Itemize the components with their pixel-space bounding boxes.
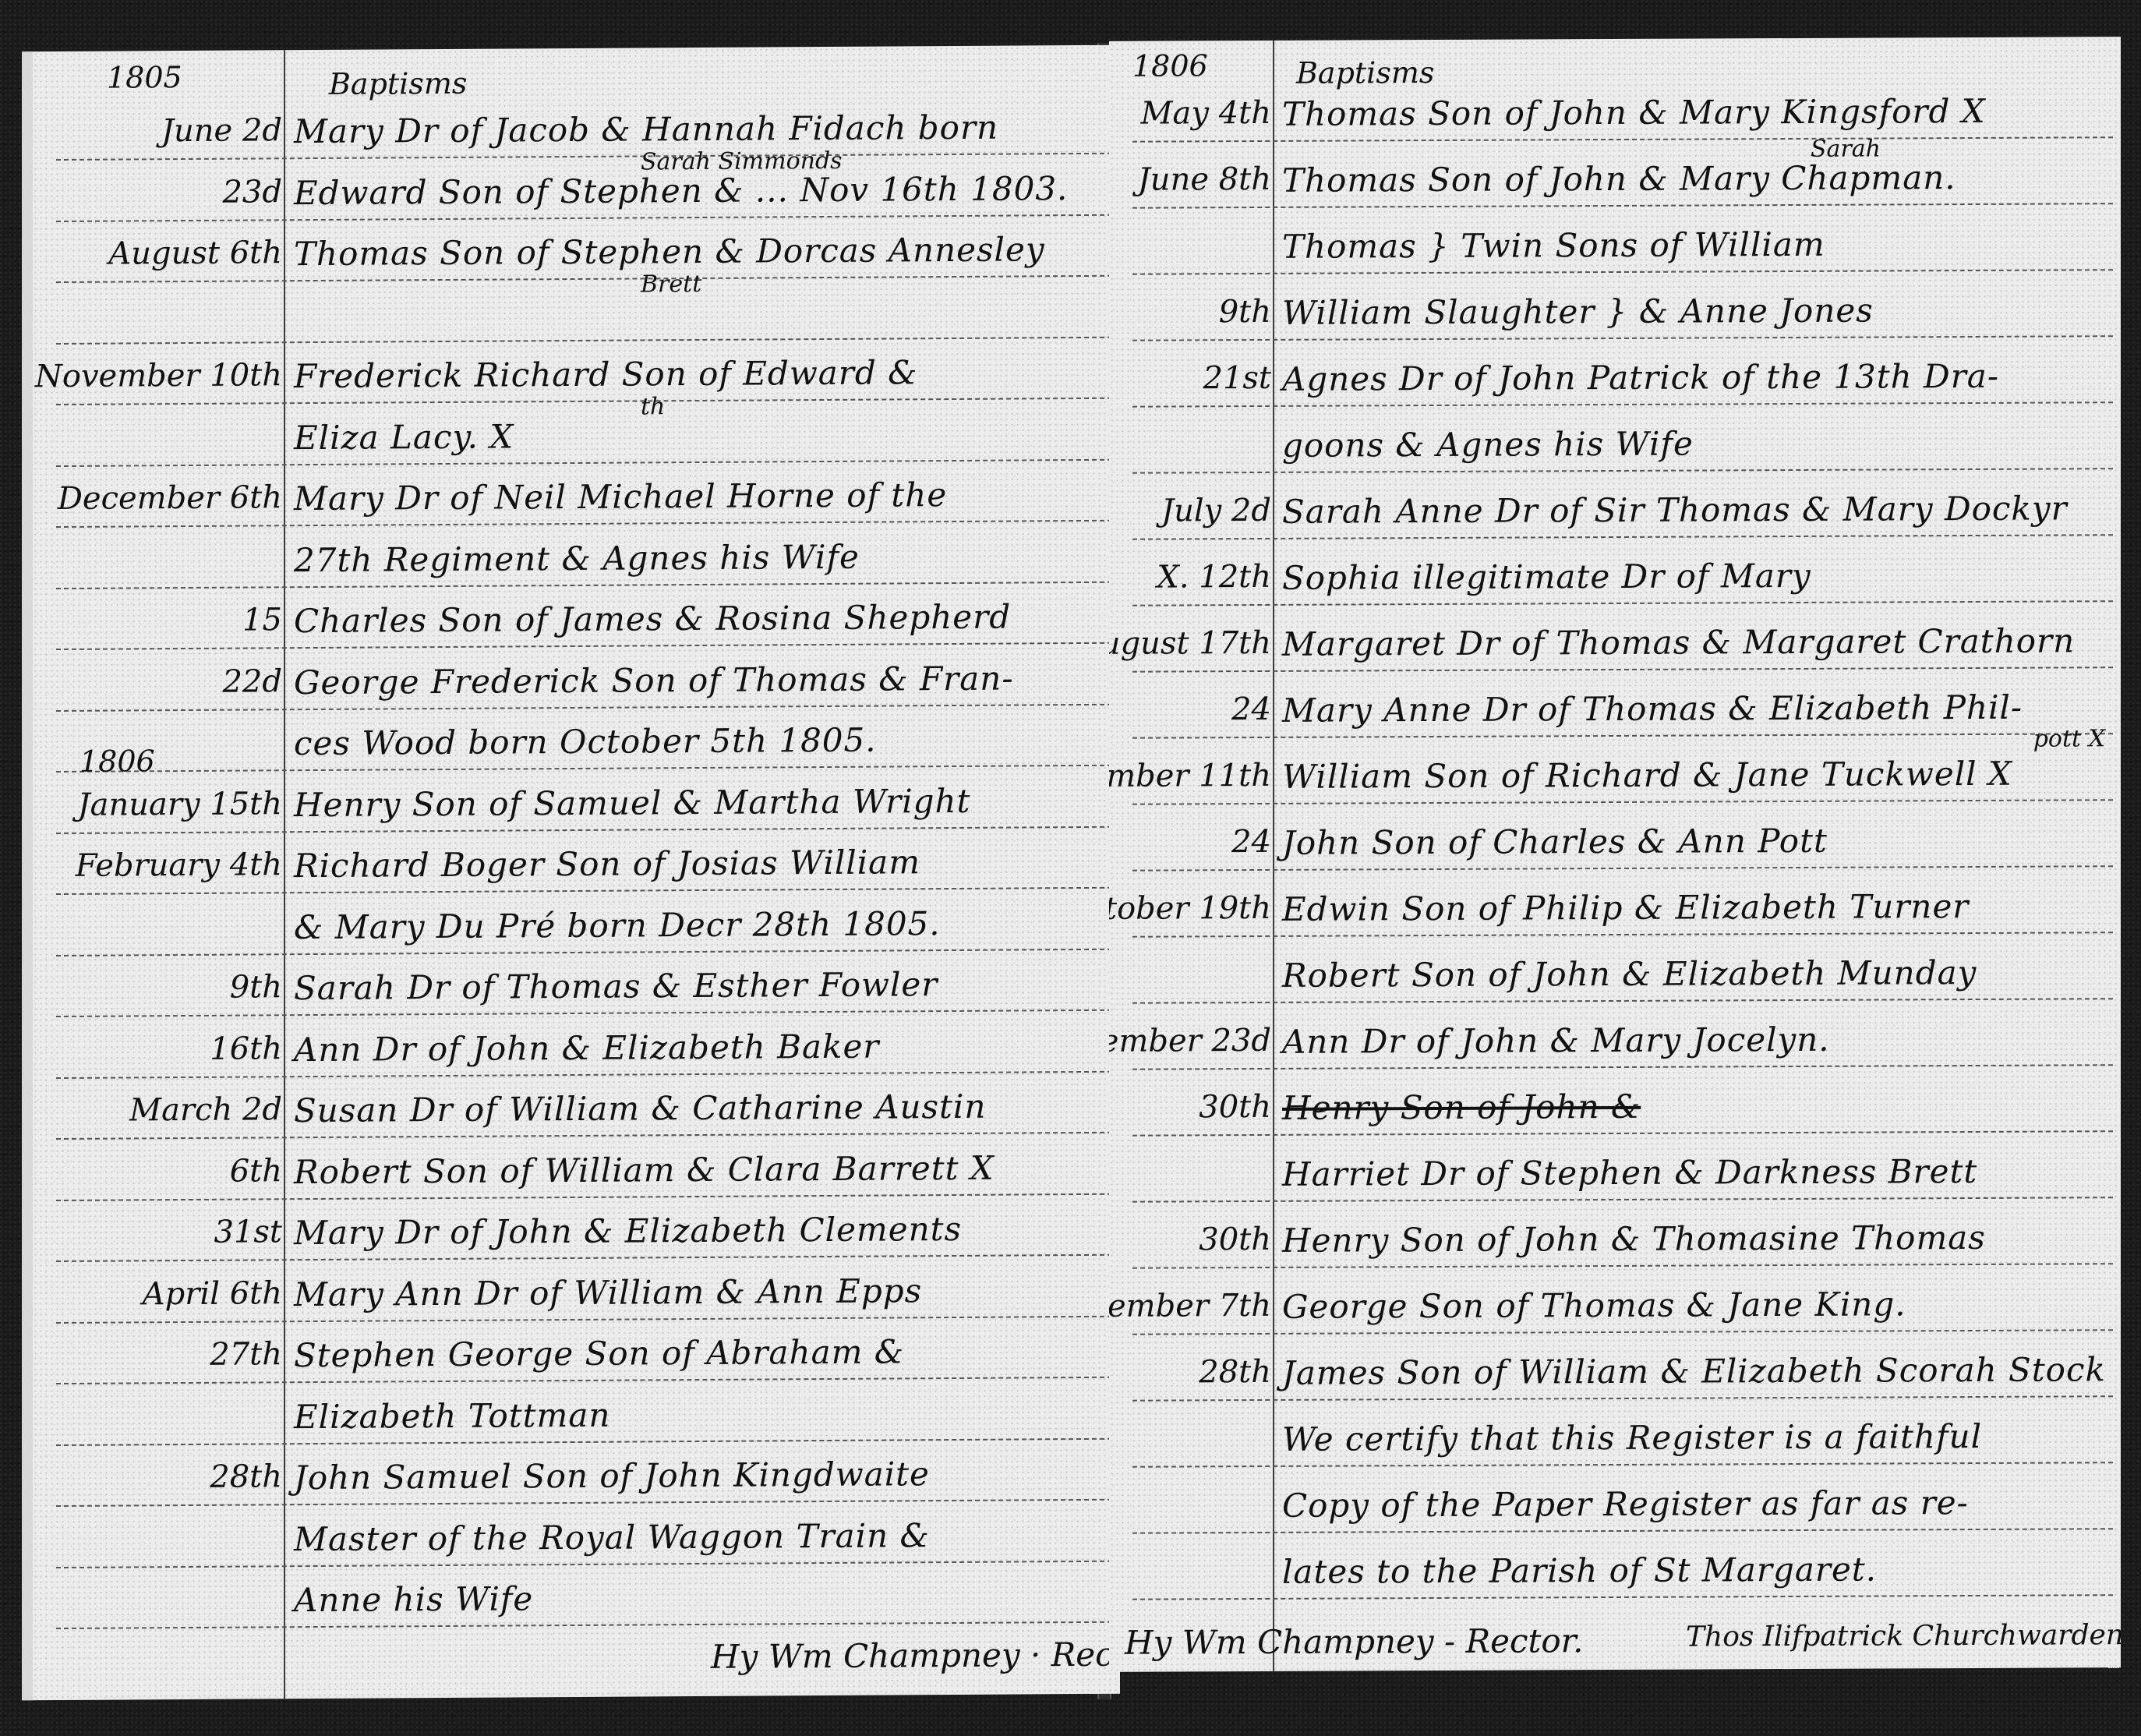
register-entry: 1806January 15thHenry Son of Samuel & Ma… bbox=[33, 780, 1120, 826]
register-entry: 15Charles Son of James & Rosina Shepherd bbox=[33, 597, 1120, 643]
ruled-line bbox=[56, 1009, 1112, 1017]
right-page: 1806 Baptisms May 4thThomas Son of John … bbox=[1109, 37, 2121, 1672]
ruled-line bbox=[56, 458, 1112, 466]
register-entry: 24Mary Anne Dr of Thomas & Elizabeth Phi… bbox=[1109, 688, 2121, 731]
register-entry: March 2dSusan Dr of William & Catharine … bbox=[33, 1087, 1120, 1133]
register-entry: June 8thSarahThomas Son of John & Mary C… bbox=[1109, 157, 2121, 201]
entry-text: Sarah Dr of Thomas & Esther Fowler bbox=[294, 965, 938, 1007]
ruled-line bbox=[56, 214, 1112, 221]
ruled-line bbox=[1132, 1064, 2113, 1070]
entry-date: 24 bbox=[1231, 824, 1271, 860]
entry-text: Henry Son of Samuel & Martha Wright bbox=[294, 781, 970, 823]
entry-text: Thomas } Twin Sons of William bbox=[1282, 225, 1825, 266]
register-entry: 23dSarah SimmondsEdward Son of Stephen &… bbox=[33, 168, 1120, 214]
page-year: 1805 bbox=[107, 60, 182, 95]
register-entry: December 7thGeorge Son of Thomas & Jane … bbox=[1109, 1284, 2121, 1328]
interlinear-note: Brett bbox=[641, 270, 701, 297]
entry-date: 16th bbox=[210, 1031, 282, 1067]
ruled-line bbox=[56, 1437, 1112, 1445]
ruled-line bbox=[56, 948, 1112, 956]
ruled-line bbox=[1132, 799, 2113, 804]
entry-date: 23d bbox=[222, 174, 282, 210]
register-entry: 9thWilliam Slaughter } & Anne Jones bbox=[1109, 290, 2121, 334]
entry-text: Charles Son of James & Rosina Shepherd bbox=[294, 598, 1011, 641]
register-entry: August 17thMargaret Dr of Thomas & Marga… bbox=[1109, 621, 2121, 665]
ruled-line bbox=[1132, 1197, 2113, 1202]
register-entry: 16thAnn Dr of John & Elizabeth Baker bbox=[33, 1025, 1120, 1071]
page-heading: Baptisms bbox=[329, 66, 467, 101]
ruled-line bbox=[1132, 600, 2113, 606]
entry-text: Thomas Son of John & Mary Kingsford X bbox=[1282, 92, 1986, 133]
entry-date: 9th bbox=[230, 969, 282, 1005]
register-entry: & Mary Du Pré born Decr 28th 1805. bbox=[33, 903, 1120, 949]
entry-date: August 17th bbox=[1109, 625, 1271, 662]
register-entry: 21stAgnes Dr of John Patrick of the 13th… bbox=[1109, 356, 2121, 400]
register-entry: goons & Agnes his Wife bbox=[1109, 423, 2121, 466]
ruled-line bbox=[56, 1070, 1112, 1078]
register-entry: April 6thMary Ann Dr of William & Ann Ep… bbox=[33, 1270, 1120, 1316]
entry-text: William Slaughter } & Anne Jones bbox=[1282, 292, 1874, 332]
ruled-line bbox=[1132, 335, 2113, 341]
rector-signature: Hy Wm Champney - Rector. bbox=[1125, 1621, 1584, 1662]
entry-date: December 7th bbox=[1109, 1288, 1271, 1324]
ruled-line bbox=[1132, 203, 2113, 208]
entry-text: Mary Dr of Neil Michael Horne of the bbox=[294, 476, 947, 518]
ruled-line bbox=[1132, 1329, 2113, 1335]
ruled-line bbox=[1132, 534, 2113, 539]
ruled-line bbox=[56, 826, 1112, 833]
register-entry: Elizabeth Tottman bbox=[33, 1392, 1120, 1438]
register-entry: X. 12thSophia illegitimate Dr of Mary bbox=[1109, 555, 2121, 599]
entry-text: Henry Son of John & Thomasine Thomas bbox=[1282, 1218, 1986, 1260]
ruled-line bbox=[1132, 1395, 2113, 1401]
register-entry: February 4thRichard Boger Son of Josias … bbox=[33, 842, 1120, 888]
register-entry: 30thHenry Son of John & bbox=[1109, 1085, 2121, 1129]
entry-text: James Son of William & Elizabeth Scorah … bbox=[1282, 1350, 2106, 1392]
entry-text: Frederick Richard Son of Edward & bbox=[294, 353, 918, 395]
register-entry: 22dGeorge Frederick Son of Thomas & Fran… bbox=[33, 658, 1120, 704]
ruled-line bbox=[1132, 401, 2113, 407]
ruled-line bbox=[1132, 932, 2113, 937]
entry-date: May 4th bbox=[1141, 95, 1271, 132]
register-entry: October 19thEdwin Son of Philip & Elizab… bbox=[1109, 886, 2121, 930]
ruled-line bbox=[56, 275, 1112, 283]
register-entry: November 23dAnn Dr of John & Mary Jocely… bbox=[1109, 1019, 2121, 1062]
ruled-line bbox=[1132, 136, 2113, 142]
entry-text: Mary Ann Dr of William & Ann Epps bbox=[294, 1271, 922, 1313]
entry-text: Robert Son of William & Clara Barrett X bbox=[294, 1148, 995, 1190]
entry-text: Eliza Lacy. X bbox=[294, 417, 514, 457]
register-entry: June 2dMary Dr of Jacob & Hannah Fidach … bbox=[33, 108, 1120, 154]
entry-text: Master of the Royal Waggon Train & bbox=[294, 1516, 930, 1558]
entry-date: 30th bbox=[1199, 1222, 1271, 1257]
page-heading: Baptisms bbox=[1296, 55, 1434, 90]
entry-text: We certify that this Register is a faith… bbox=[1282, 1417, 1982, 1458]
ruled-line bbox=[56, 1499, 1112, 1507]
entry-date: 22d bbox=[222, 663, 282, 699]
continuation-note: pott X bbox=[2033, 725, 2105, 752]
register-entry: Robert Son of John & Elizabeth Munday bbox=[1109, 953, 2121, 996]
entry-date: 9th bbox=[1219, 294, 1271, 330]
register-entry: 27thStephen George Son of Abraham & bbox=[33, 1331, 1120, 1377]
register-entry: Brett bbox=[33, 291, 1120, 337]
ruled-line bbox=[56, 642, 1112, 650]
ruled-line bbox=[56, 1377, 1112, 1384]
entry-date: 6th bbox=[230, 1153, 282, 1189]
entry-text: George Son of Thomas & Jane King. bbox=[1282, 1285, 1906, 1325]
entry-list: May 4thThomas Son of John & Mary Kingsfo… bbox=[1109, 37, 2121, 41]
entry-text: Robert Son of John & Elizabeth Munday bbox=[1282, 953, 1977, 995]
entry-date: 15 bbox=[242, 602, 282, 638]
entry-text: William Son of Richard & Jane Tuckwell X bbox=[1282, 755, 2012, 796]
entry-text: Elizabeth Tottman bbox=[294, 1395, 610, 1435]
entry-text: Thomas Son of Stephen & Dorcas Annesley bbox=[294, 230, 1045, 273]
ruled-line bbox=[1132, 1462, 2113, 1467]
register-entry: September 11thWilliam Son of Richard & J… bbox=[1109, 754, 2121, 797]
ruled-line bbox=[56, 765, 1112, 773]
register-entry: 27th Regiment & Agnes his Wife bbox=[33, 536, 1120, 582]
register-entry: Harriet Dr of Stephen & Darkness Brett bbox=[1109, 1151, 2121, 1195]
entry-text: Harriet Dr of Stephen & Darkness Brett bbox=[1282, 1152, 1977, 1193]
register-entry: lates to the Parish of St Margaret. bbox=[1109, 1549, 2121, 1593]
entry-text: Anne his Wife bbox=[294, 1579, 533, 1619]
register-entry: 28thJohn Samuel Son of John Kingdwaite bbox=[33, 1454, 1120, 1500]
rector-signature: Hy Wm Champney · Rector bbox=[711, 1635, 1120, 1676]
ruled-line bbox=[56, 887, 1112, 895]
entry-date: June 8th bbox=[1138, 161, 1271, 198]
register-entry: July 2dSarah Anne Dr of Sir Thomas & Mar… bbox=[1109, 489, 2121, 532]
entry-text: Stephen George Son of Abraham & bbox=[294, 1332, 904, 1374]
entry-text: 27th Regiment & Agnes his Wife bbox=[294, 537, 860, 578]
entry-date: 31st bbox=[214, 1214, 283, 1250]
entry-date: 24 bbox=[1231, 691, 1271, 727]
ruled-line bbox=[1132, 733, 2113, 738]
entry-text: George Frederick Son of Thomas & Fran- bbox=[294, 659, 1014, 702]
entry-date: August 6th bbox=[108, 235, 282, 271]
churchwarden-signature: Thos Ilifpatrick Churchwarden bbox=[1686, 1619, 2121, 1653]
page-year: 1806 bbox=[1132, 48, 1208, 83]
register-entry: August 6thThomas Son of Stephen & Dorcas… bbox=[33, 230, 1120, 276]
ruled-line bbox=[1132, 865, 2113, 871]
register-entry: December 6thMary Dr of Neil Michael Horn… bbox=[33, 475, 1120, 521]
entry-date: 27th bbox=[210, 1336, 282, 1373]
ruled-line bbox=[56, 1315, 1112, 1323]
entry-text: goons & Agnes his Wife bbox=[1282, 425, 1694, 465]
left-page: 1805 Baptisms June 2dMary Dr of Jacob & … bbox=[22, 45, 1120, 1701]
ruled-line bbox=[56, 336, 1112, 344]
ruled-line bbox=[56, 703, 1112, 711]
register-entry: Anne his Wife bbox=[33, 1576, 1120, 1622]
entry-text: Mary Dr of John & Elizabeth Clements bbox=[294, 1210, 962, 1252]
entry-text: & Mary Du Pré born Decr 28th 1805. bbox=[294, 904, 941, 946]
register-entry: November 10thFrederick Richard Son of Ed… bbox=[33, 352, 1120, 398]
ruled-line bbox=[56, 1621, 1112, 1629]
entry-date: November 23d bbox=[1109, 1023, 1271, 1059]
entry-text: Margaret Dr of Thomas & Margaret Crathor… bbox=[1282, 621, 2075, 663]
entry-date: March 2d bbox=[129, 1091, 282, 1128]
entry-date: September 11th bbox=[1109, 758, 1271, 794]
entry-text: Agnes Dr of John Patrick of the 13th Dra… bbox=[1282, 357, 1999, 398]
register-entry: 9thSarah Dr of Thomas & Esther Fowler bbox=[33, 964, 1120, 1010]
register-entry: 24John Son of Charles & Ann Pott bbox=[1109, 820, 2121, 864]
register-entry: 6thRobert Son of William & Clara Barrett… bbox=[33, 1147, 1120, 1193]
register-entry: May 4thThomas Son of John & Mary Kingsfo… bbox=[1109, 91, 2121, 135]
ruled-line bbox=[56, 1254, 1112, 1262]
year-marker: 1806 bbox=[79, 744, 155, 779]
ruled-line bbox=[1132, 1528, 2113, 1533]
interlinear-note: th bbox=[641, 393, 665, 420]
entry-text: ces Wood born October 5th 1805. bbox=[294, 721, 877, 763]
register-entry: Thomas } Twin Sons of William bbox=[1109, 224, 2121, 267]
register-entry: thEliza Lacy. X bbox=[33, 413, 1120, 459]
ruled-line bbox=[1132, 1130, 2113, 1136]
entry-text: Susan Dr of William & Catharine Austin bbox=[294, 1087, 986, 1130]
ruled-line bbox=[1132, 1594, 2113, 1600]
entry-date: 28th bbox=[1199, 1354, 1271, 1390]
entry-text: lates to the Parish of St Margaret. bbox=[1282, 1550, 1877, 1591]
entry-date: X. 12th bbox=[1157, 559, 1271, 596]
entry-text: John Son of Charles & Ann Pott bbox=[1282, 822, 1828, 862]
entry-list: June 2dMary Dr of Jacob & Hannah Fidach … bbox=[33, 45, 1120, 52]
entry-text: John Samuel Son of John Kingdwaite bbox=[294, 1455, 930, 1497]
entry-text: Edward Son of Stephen & ... Nov 16th 180… bbox=[294, 169, 1068, 212]
entry-date: July 2d bbox=[1161, 493, 1271, 529]
register-entry: We certify that this Register is a faith… bbox=[1109, 1416, 2121, 1460]
entry-text: Henry Son of John & bbox=[1282, 1087, 1641, 1127]
entry-text: Sophia illegitimate Dr of Mary bbox=[1282, 557, 1811, 597]
entry-text: Mary Anne Dr of Thomas & Elizabeth Phil- bbox=[1282, 688, 2023, 730]
ruled-line bbox=[56, 520, 1112, 528]
ruled-line bbox=[1132, 666, 2113, 672]
ruled-line bbox=[56, 1560, 1112, 1568]
ruled-line bbox=[1132, 998, 2113, 1003]
entry-text: Edwin Son of Philip & Elizabeth Turner bbox=[1282, 887, 1969, 928]
entry-date: 21st bbox=[1203, 360, 1272, 396]
ruled-line bbox=[56, 153, 1112, 161]
entry-date: 30th bbox=[1199, 1089, 1271, 1125]
ruled-line bbox=[56, 398, 1112, 405]
register-entry: Copy of the Paper Register as far as re- bbox=[1109, 1483, 2121, 1526]
ruled-line bbox=[1132, 1263, 2113, 1268]
entry-date: June 2d bbox=[161, 112, 282, 149]
entry-date: 28th bbox=[210, 1458, 282, 1495]
entry-date: November 10th bbox=[35, 357, 282, 394]
entry-date: October 19th bbox=[1109, 890, 1271, 927]
entry-date: April 6th bbox=[143, 1275, 282, 1312]
register-entry: 28thJames Son of William & Elizabeth Sco… bbox=[1109, 1350, 2121, 1394]
register-entry: Master of the Royal Waggon Train & bbox=[33, 1515, 1120, 1561]
register-entry: 31stMary Dr of John & Elizabeth Clements bbox=[33, 1209, 1120, 1255]
entry-text: Mary Dr of Jacob & Hannah Fidach born bbox=[294, 108, 998, 151]
register-entry: ces Wood born October 5th 1805. bbox=[33, 720, 1120, 765]
ruled-line bbox=[56, 1132, 1112, 1140]
entry-text: Thomas Son of John & Mary Chapman. bbox=[1282, 158, 1956, 200]
ruled-line bbox=[56, 1193, 1112, 1200]
ruled-line bbox=[1132, 468, 2113, 473]
entry-text: Copy of the Paper Register as far as re- bbox=[1282, 1483, 1969, 1525]
ruled-line bbox=[1132, 269, 2113, 274]
entry-date: January 15th bbox=[78, 786, 282, 823]
entry-text: Sarah Anne Dr of Sir Thomas & Mary Docky… bbox=[1282, 489, 2068, 530]
entry-date: December 6th bbox=[58, 479, 282, 517]
entry-text: Ann Dr of John & Mary Jocelyn. bbox=[1282, 1020, 1830, 1061]
entry-date: February 4th bbox=[76, 847, 282, 884]
ruled-line bbox=[56, 581, 1112, 589]
entry-text: Ann Dr of John & Elizabeth Baker bbox=[294, 1027, 879, 1069]
entry-text: Richard Boger Son of Josias William bbox=[294, 843, 920, 885]
register-entry: 30thHenry Son of John & Thomasine Thomas bbox=[1109, 1218, 2121, 1261]
